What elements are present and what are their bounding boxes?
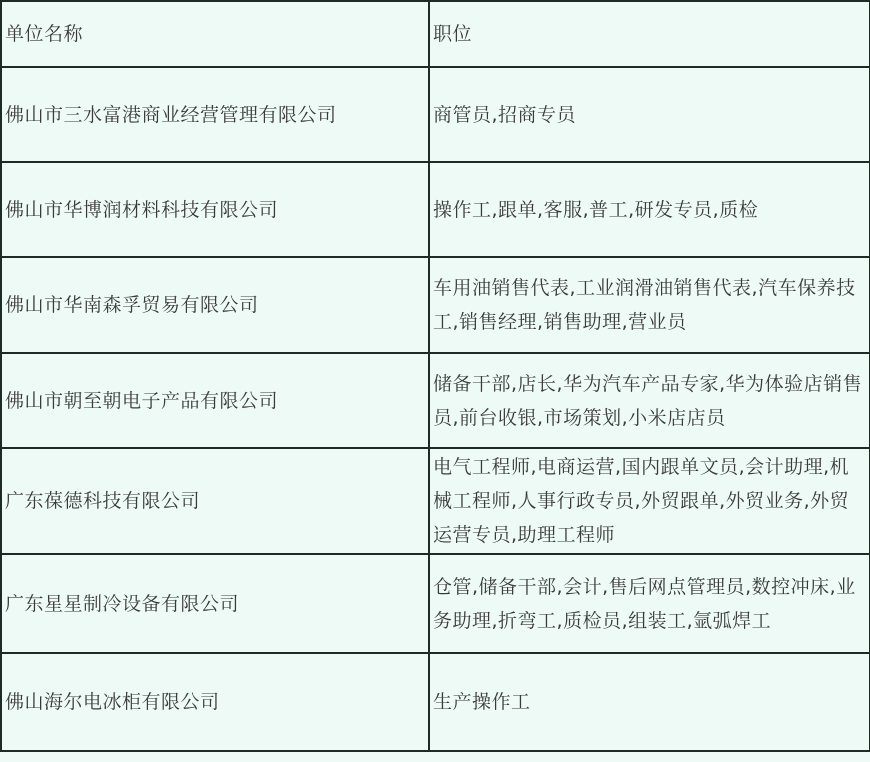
table-row: 广东星星制冷设备有限公司 仓管,储备干部,会计,售后网点管理员,数控冲床,业务助…	[1, 554, 870, 653]
positions: 电气工程师,电商运营,国内跟单文员,会计助理,机械工程师,人事行政专员,外贸跟单…	[429, 448, 870, 554]
positions: 生产操作工	[429, 653, 870, 751]
positions: 商管员,招商专员	[429, 67, 870, 162]
table-row: 佛山市朝至朝电子产品有限公司 储备干部,店长,华为汽车产品专家,华为体验店销售员…	[1, 353, 870, 448]
positions: 仓管,储备干部,会计,售后网点管理员,数控冲床,业务助理,折弯工,质检员,组装工…	[429, 554, 870, 653]
company-name: 佛山市华博润材料科技有限公司	[1, 162, 429, 257]
table-row: 佛山市华博润材料科技有限公司 操作工,跟单,客服,普工,研发专员,质检	[1, 162, 870, 257]
table-row: 广东葆德科技有限公司 电气工程师,电商运营,国内跟单文员,会计助理,机械工程师,…	[1, 448, 870, 554]
job-listing-table: 单位名称 职位 佛山市三水富港商业经营管理有限公司 商管员,招商专员 佛山市华博…	[0, 0, 870, 752]
table-row: 佛山海尔电冰柜有限公司 生产操作工	[1, 653, 870, 751]
positions: 车用油销售代表,工业润滑油销售代表,汽车保养技工,销售经理,销售助理,营业员	[429, 257, 870, 353]
company-name: 佛山市朝至朝电子产品有限公司	[1, 353, 429, 448]
header-row: 单位名称 职位	[1, 1, 870, 67]
company-name: 广东葆德科技有限公司	[1, 448, 429, 554]
table-row: 佛山市三水富港商业经营管理有限公司 商管员,招商专员	[1, 67, 870, 162]
table-row: 佛山市华南森孚贸易有限公司 车用油销售代表,工业润滑油销售代表,汽车保养技工,销…	[1, 257, 870, 353]
header-positions: 职位	[429, 1, 870, 67]
company-name: 佛山市华南森孚贸易有限公司	[1, 257, 429, 353]
positions: 操作工,跟单,客服,普工,研发专员,质检	[429, 162, 870, 257]
header-company: 单位名称	[1, 1, 429, 67]
company-name: 佛山海尔电冰柜有限公司	[1, 653, 429, 751]
company-name: 佛山市三水富港商业经营管理有限公司	[1, 67, 429, 162]
company-name: 广东星星制冷设备有限公司	[1, 554, 429, 653]
positions: 储备干部,店长,华为汽车产品专家,华为体验店销售员,前台收银,市场策划,小米店店…	[429, 353, 870, 448]
